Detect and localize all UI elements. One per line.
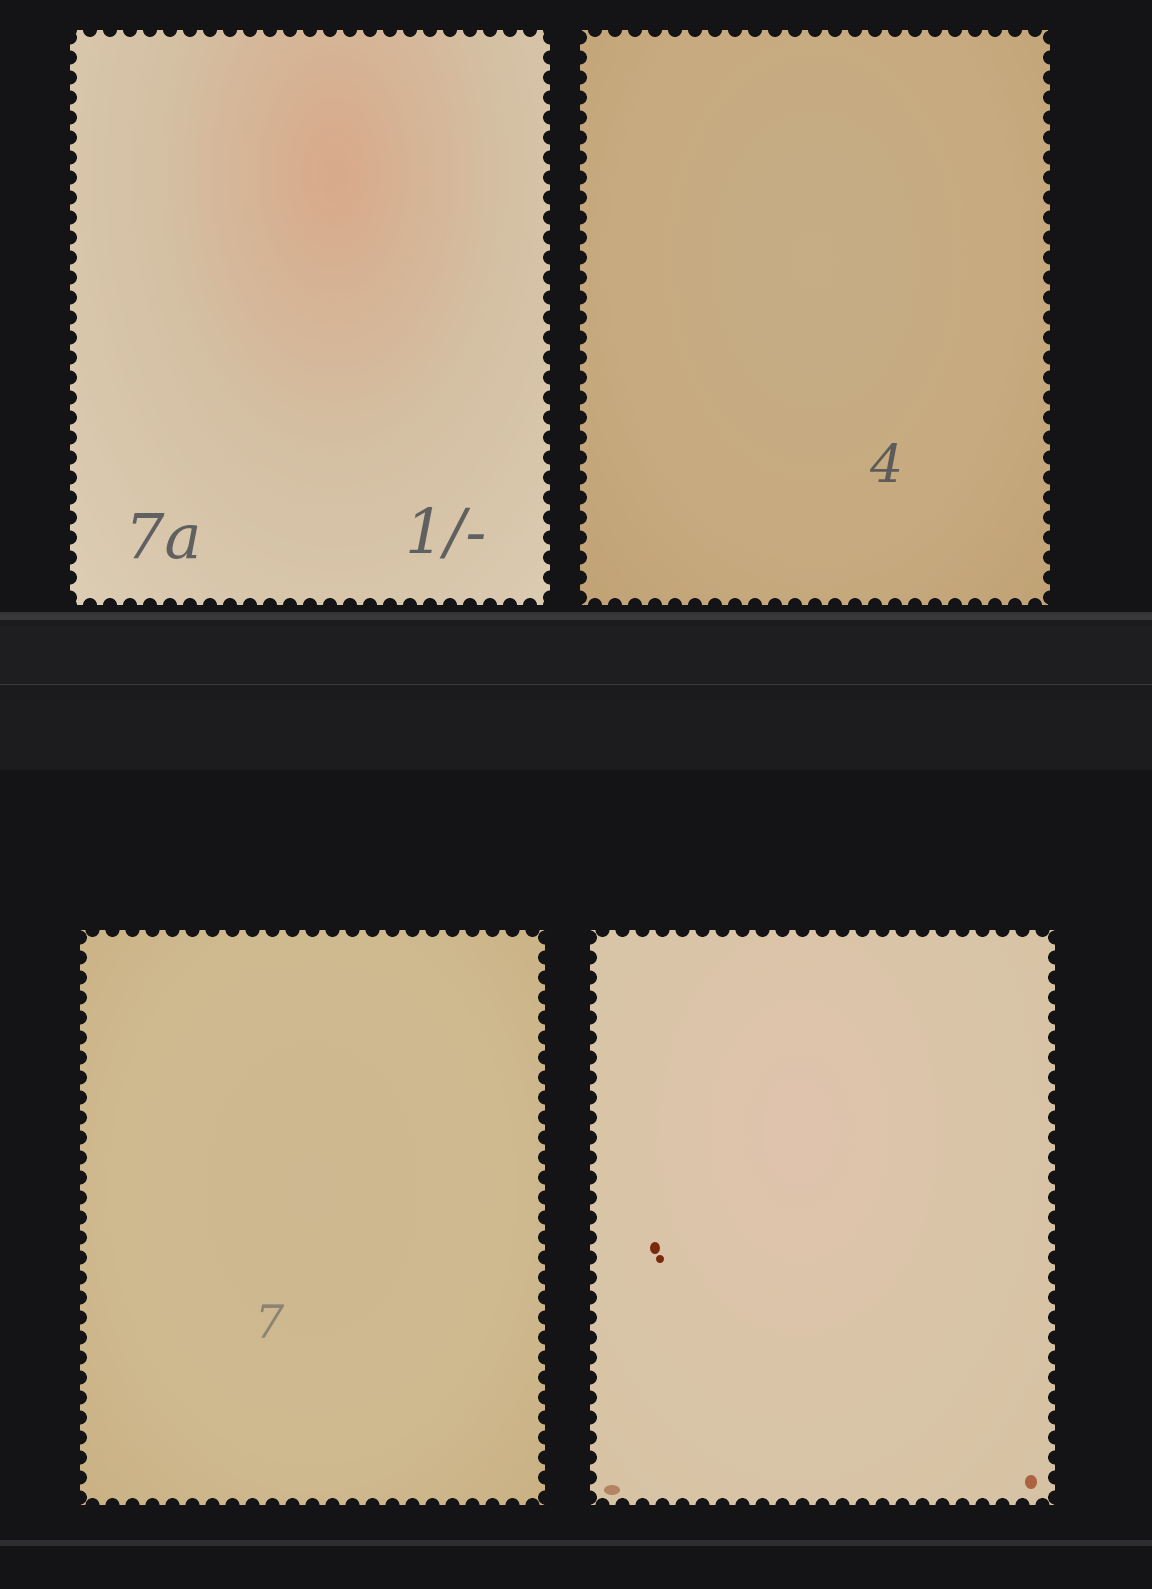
rust-stain [1025,1475,1037,1489]
rust-stain [650,1242,660,1254]
stamp-back-top-left: 7a 1/- [70,30,550,605]
strip-edge [0,612,1152,620]
stamp-back-top-right: 4 [580,30,1050,605]
stamp-back-bottom-left: 7 [80,930,545,1505]
pencil-note: 7 [255,1295,284,1349]
pencil-note: 4 [870,435,903,495]
pencil-note: 1/- [405,495,486,568]
rust-stain [604,1485,620,1495]
stamp-back-bottom-right [590,930,1055,1505]
strip-edge [0,684,1152,685]
rust-stain [656,1255,664,1263]
strip-edge [0,1540,1152,1546]
album-strip-middle [0,700,1152,770]
pencil-note: 7a [125,500,201,573]
album-strip-divider [0,625,1152,685]
